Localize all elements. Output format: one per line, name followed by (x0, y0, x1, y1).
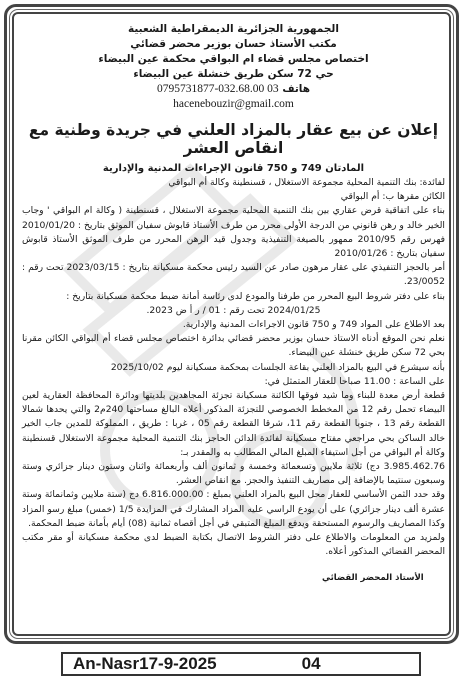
phone-number: 0795731877-032.68.00 03 (157, 83, 279, 95)
email-address: hacenebouzir@gmail.com (22, 97, 445, 112)
auction-time: على الساعة : 11.00 صباحا للعقار المتمثل … (22, 375, 445, 389)
conditions-paragraph: بناء على دفتر شروط البيع المحرر من طرفنا… (22, 290, 445, 304)
contact-info: ولمزيد من المعلومات والاطلاع على دفتر ال… (22, 531, 445, 559)
notice-body: لفائدة: بنك التنمية المحلية مجموعة الاست… (22, 176, 445, 559)
debt-amount: 3.985.462.76 دج) ثلاثة ملايين وتسعمائة و… (22, 460, 445, 488)
header-office: مكتب الأستاذ حسان بوزير محضر قضائي (22, 37, 445, 52)
header-jurisdiction: اختصاص مجلس قضاء ام البواقي محكمة عين ال… (22, 52, 445, 67)
seizure-order-paragraph: أمر بالحجز التنفيذي على عقار مرهون صادر … (22, 261, 445, 289)
legal-articles: المادتان 749 و 750 قانون الإجراءات المدن… (22, 163, 445, 174)
seat: الكائن مقرها ب: أم البواقي (22, 190, 445, 204)
bailiff-statement: نعلم نحن الموقع أدناه الاستاذ حسان بوزير… (22, 332, 445, 360)
articles-reference: بعد الاطلاع على المواد 749 و 750 قانون ا… (22, 318, 445, 332)
conditions-date: 2024/01/25 تحت رقم : 01 / ر أ ض 2023. (22, 304, 445, 318)
publication-name: An-Nasr17-9-2025 (73, 654, 217, 674)
header-republic: الجمهورية الجزائرية الديمقراطية الشعبية (22, 22, 445, 37)
page-number: 04 (302, 654, 321, 674)
header-phone-line: هاتف 0795731877-032.68.00 03 (22, 82, 445, 97)
beneficiary: لفائدة: بنك التنمية المحلية مجموعة الاست… (22, 176, 445, 190)
auction-date: بأنه سيشرع في البيع بالمزاد العلني بقاعة… (22, 361, 445, 375)
signature: الأستاذ المحضر القضائي (22, 573, 445, 583)
base-price: وقد حدد الثمن الأساسي للعقار محل البيع ب… (22, 488, 445, 531)
notice-header: الجمهورية الجزائرية الديمقراطية الشعبية … (22, 22, 445, 112)
loan-agreement-paragraph: بناء على اتفاقية قرض عقاري بين بنك التنم… (22, 204, 445, 261)
property-description: قطعة أرض معدة للبناء وما شيد فوقها الكائ… (22, 389, 445, 460)
notice-content: الجمهورية الجزائرية الديمقراطية الشعبية … (22, 22, 445, 583)
header-address: حي 72 سكن طريق خنشلة عين البيضاء (22, 67, 445, 82)
phone-label: هاتف (282, 83, 310, 95)
footer-bar: An-Nasr17-9-2025 04 (61, 652, 421, 676)
notice-title: إعلان عن بيع عقار بالمزاد العلني في جريد… (22, 121, 445, 157)
